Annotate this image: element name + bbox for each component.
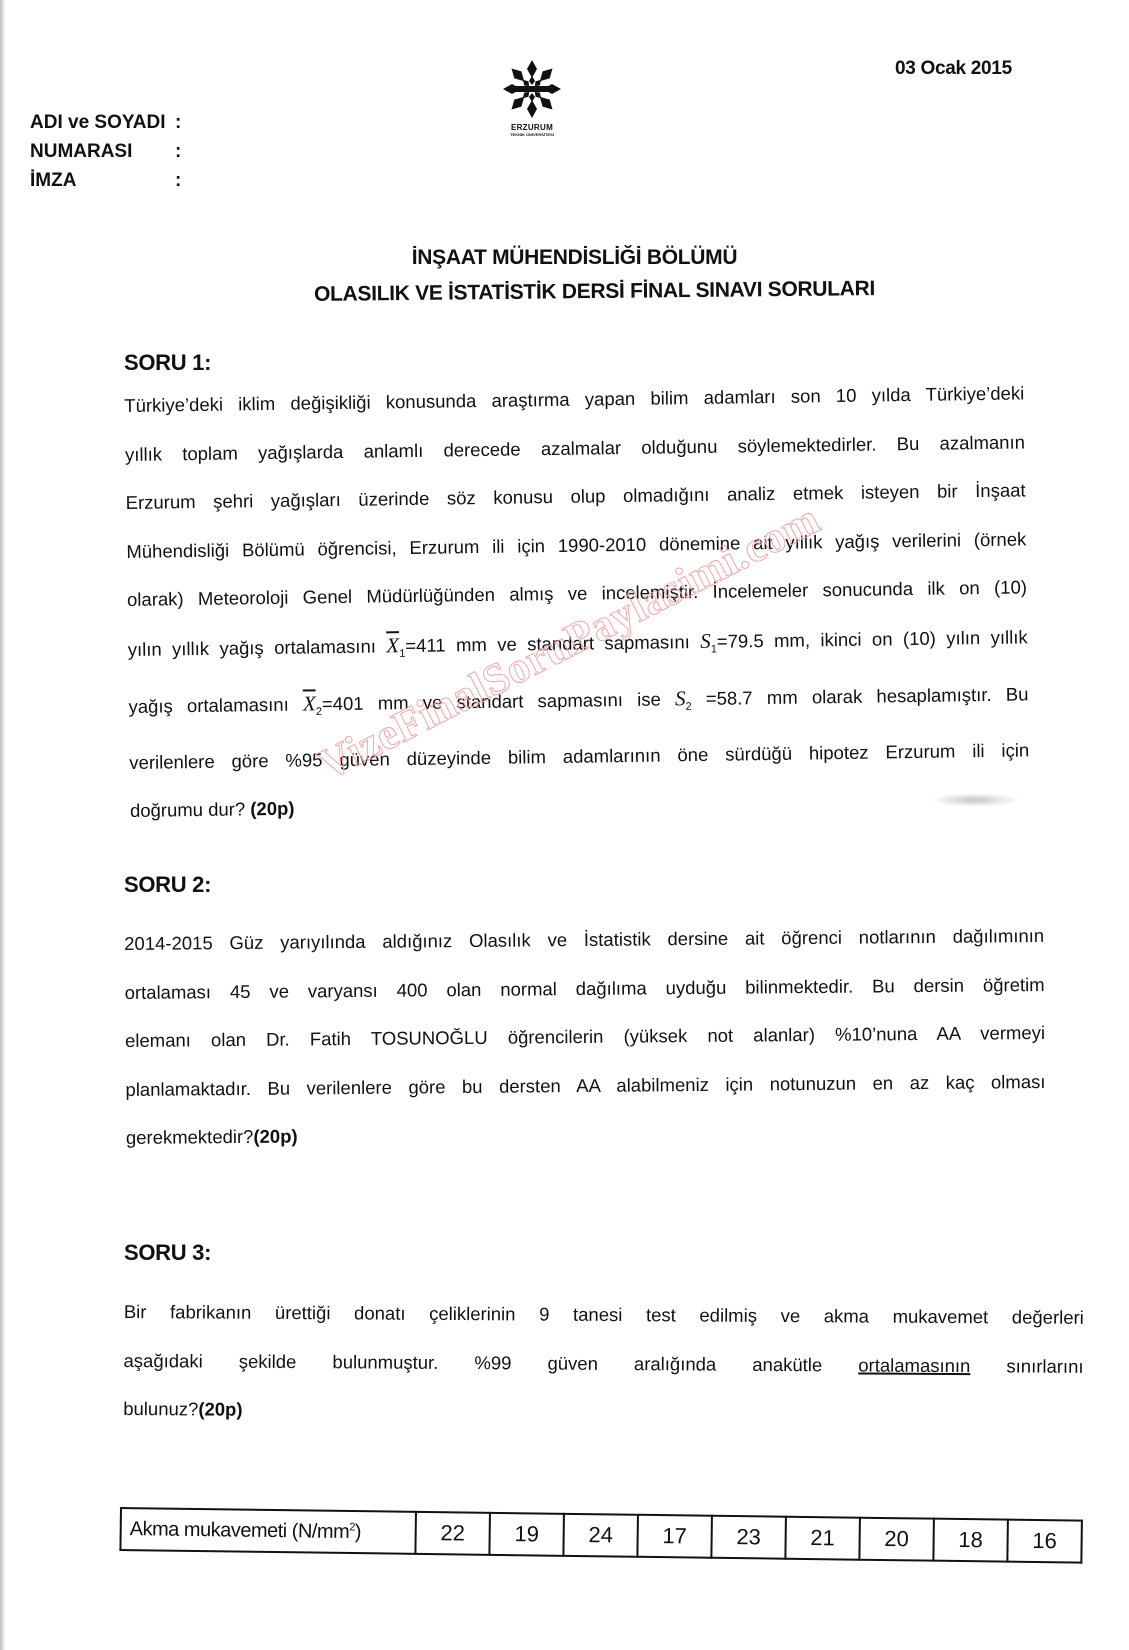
question-1-text: Türkiye’deki iklim değişikliği konusunda… <box>124 369 1030 835</box>
question-2-line: elemanı olan Dr. Fatih TOSUNOĞLU öğrenci… <box>125 1009 1045 1066</box>
logo-name: ERZURUM <box>497 123 567 132</box>
yield-strength-table: Akma mukavemeti (N/mm2) 22 19 24 17 23 2… <box>119 1507 1082 1564</box>
underlined-word: ortalamasının <box>858 1354 970 1376</box>
question-2-text: 2014-2015 Güz yarıyılında aldığınız Olas… <box>124 912 1046 1163</box>
question-1-points: (20p) <box>250 798 294 820</box>
snowflake-logo-icon <box>501 58 563 120</box>
question-3-points: (20p) <box>198 1398 242 1419</box>
signature-field-colon: : <box>175 166 181 195</box>
question-2-line: 2014-2015 Güz yarıyılında aldığınız Olas… <box>124 912 1044 969</box>
name-field-label: ADI ve SOYADI <box>30 108 175 137</box>
scan-edge-shadow <box>0 0 6 1650</box>
logo-subtitle: TEKNİK ÜNİVERSİTESİ <box>497 132 567 137</box>
table-cell: 18 <box>933 1519 1008 1562</box>
mean-symbol: X <box>386 633 399 657</box>
mean-symbol: X <box>303 691 316 715</box>
question-3-line: bulunuz?(20p) <box>123 1385 1083 1439</box>
question-3-line: Bir fabrikanın ürettiği donatı çelikleri… <box>124 1288 1084 1342</box>
table-cell: 22 <box>415 1512 490 1555</box>
name-field: ADI ve SOYADI : <box>30 108 181 137</box>
table-cell: 16 <box>1007 1520 1082 1563</box>
question-3-heading: SORU 3: <box>124 1240 211 1266</box>
question-2-line: gerekmektedir?(20p) <box>126 1106 1046 1163</box>
student-info-fields: ADI ve SOYADI : NUMARASI : İMZA : <box>30 108 181 195</box>
name-field-colon: : <box>175 108 181 137</box>
department-title: İNŞAAT MÜHENDİSLİĞİ BÖLÜMÜ <box>10 246 1129 270</box>
question-3-text: Bir fabrikanın ürettiği donatı çelikleri… <box>123 1288 1084 1439</box>
table-cell: 21 <box>785 1517 860 1560</box>
question-1-heading: SORU 1: <box>124 350 211 376</box>
exam-date: 03 Ocak 2015 <box>895 58 1012 80</box>
table-cell: 20 <box>859 1518 934 1561</box>
question-2-line: ortalaması 45 ve varyansı 400 olan norma… <box>124 960 1044 1017</box>
number-field-colon: : <box>175 137 181 166</box>
university-logo: ERZURUM TEKNİK ÜNİVERSİTESİ <box>497 58 567 137</box>
table-cell: 24 <box>563 1514 638 1557</box>
number-field-label: NUMARASI <box>30 137 175 166</box>
signature-field-label: İMZA <box>30 166 175 195</box>
std-symbol: S <box>675 686 686 710</box>
table-cell: 17 <box>637 1515 712 1558</box>
table-cell: 19 <box>489 1513 564 1556</box>
exam-title: OLASILIK VE İSTATİSTİK DERSİ FİNAL SINAV… <box>30 274 1129 310</box>
table-row: Akma mukavemeti (N/mm2) 22 19 24 17 23 2… <box>120 1508 1081 1563</box>
question-2-line: planlamaktadır. Bu verilenlere göre bu d… <box>125 1057 1045 1114</box>
question-2-points: (20p) <box>253 1125 297 1146</box>
signature-field: İMZA : <box>30 166 181 195</box>
std-symbol: S <box>700 628 711 652</box>
question-2-heading: SORU 2: <box>124 872 211 898</box>
table-cell: 23 <box>711 1516 786 1559</box>
question-3-line: aşağıdaki şekilde bulunmuştur. %99 güven… <box>123 1336 1083 1390</box>
scan-smudge <box>930 793 1020 807</box>
number-field: NUMARASI : <box>30 137 181 166</box>
table-header-cell: Akma mukavemeti (N/mm2) <box>120 1508 416 1554</box>
